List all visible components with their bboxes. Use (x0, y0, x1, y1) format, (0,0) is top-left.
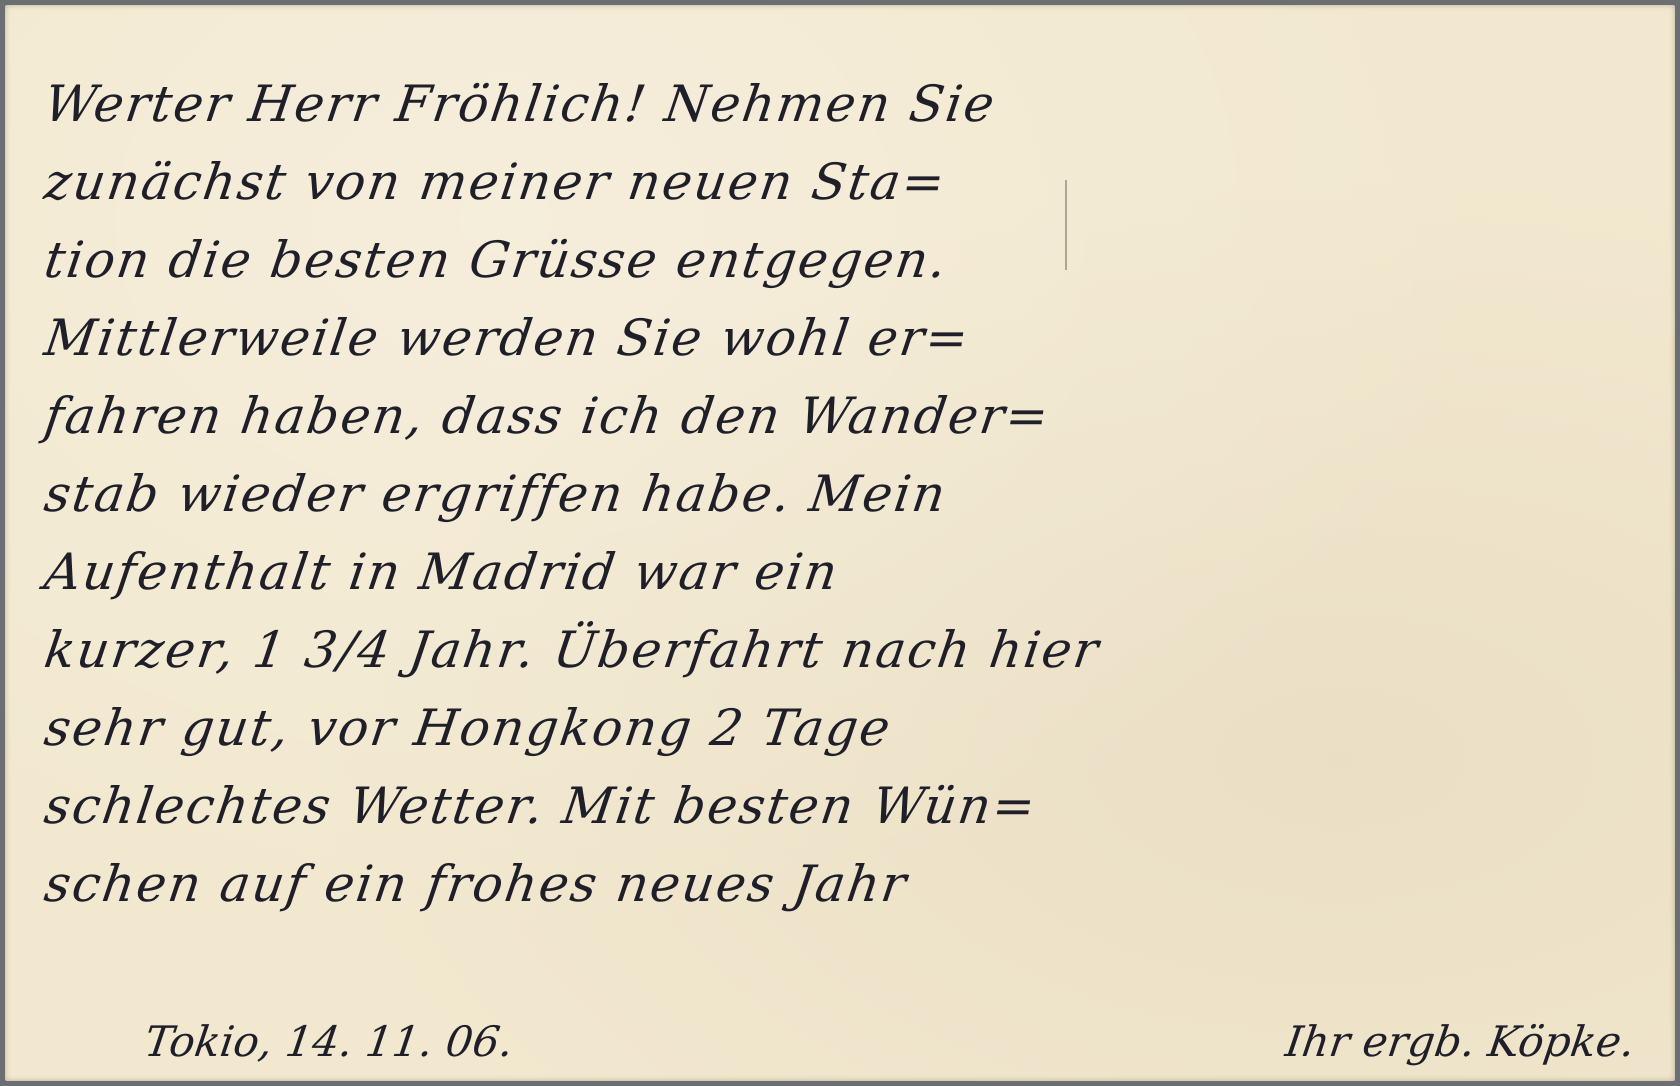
place-date: Tokio, 14. 11. 06. (142, 1017, 517, 1066)
text-line: Aufenthalt in Madrid war ein (40, 533, 1651, 611)
postcard: Werter Herr Fröhlich! Nehmen Sie zunächs… (5, 5, 1675, 1081)
text-line: Werter Herr Fröhlich! Nehmen Sie (40, 65, 1651, 143)
text-line: sehr gut, vor Hongkong 2 Tage (40, 689, 1651, 767)
text-line: Mittlerweile werden Sie wohl er= (40, 299, 1651, 377)
text-line: tion die besten Grüsse entgegen. (40, 221, 1651, 299)
handwritten-text: Werter Herr Fröhlich! Nehmen Sie zunächs… (45, 65, 1645, 923)
text-line: stab wieder ergriffen habe. Mein (40, 455, 1651, 533)
signature: Ihr ergb. Köpke. (1283, 1017, 1638, 1066)
text-line: schen auf ein frohes neues Jahr (40, 845, 1651, 923)
text-line: kurzer, 1 3/4 Jahr. Überfahrt nach hier (40, 611, 1651, 689)
text-line: zunächst von meiner neuen Sta= (40, 143, 1651, 221)
text-line: schlechtes Wetter. Mit besten Wün= (40, 767, 1651, 845)
text-line: fahren haben, dass ich den Wander= (40, 377, 1651, 455)
closing: Tokio, 14. 11. 06. Ihr ergb. Köpke. (45, 1017, 1645, 1077)
